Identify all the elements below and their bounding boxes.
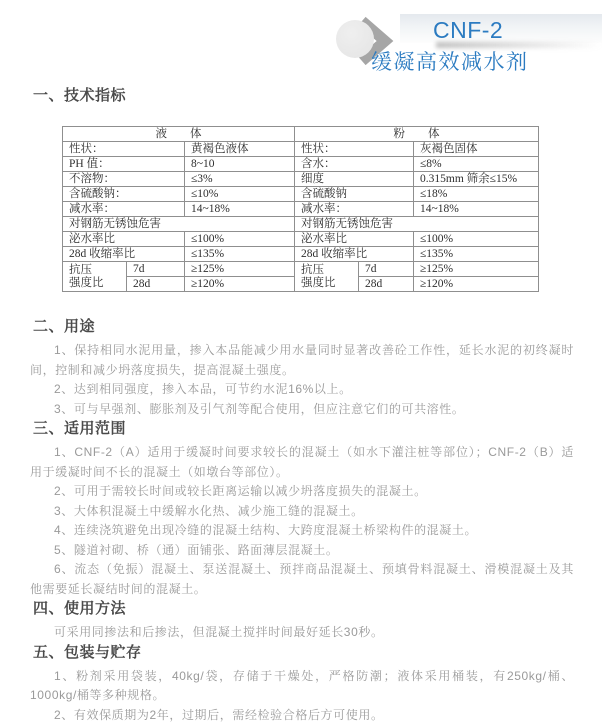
table-row: 泌水率比 ≤100% 泌水率比 ≤100% (63, 232, 539, 247)
table-note-row: 对钢筋无锈蚀危害 对钢筋无锈蚀危害 (63, 217, 539, 232)
spec-value: ≤3% (185, 172, 295, 187)
spec-value: ≤135% (414, 247, 539, 262)
table-row: 抗压 强度比 7d ≥125% 抗压 强度比 7d ≥125% (63, 262, 539, 277)
spec-label: 细度 (295, 172, 414, 187)
table-row: 减水率： 14~18% 减水率： 14~18% (63, 202, 539, 217)
table-row: 含硫酸钠： ≤10% 含硫酸钠 ≤18% (63, 187, 539, 202)
spec-label: 减水率： (295, 202, 414, 217)
spec-value: ≥120% (414, 277, 539, 292)
age-label: 28d (359, 277, 414, 292)
section-uses: 二、用途 1、保持相同水泥用量，掺入本品能减少用水量同时显著改善砼工作性，延长水… (0, 317, 602, 419)
section-title-usage-method: 四、使用方法 (33, 599, 602, 619)
spec-label: 28d 收缩率比 (63, 247, 185, 262)
spec-value: ≤10% (185, 187, 295, 202)
circle-icon (336, 20, 374, 58)
table-row: 28d 收缩率比 ≤135% 28d 收缩率比 ≤135% (63, 247, 539, 262)
spec-value: ≥125% (185, 262, 295, 277)
strength-label-line1: 抗压 (69, 264, 124, 277)
corrosion-note-liquid: 对钢筋无锈蚀危害 (63, 217, 295, 232)
spec-label: 性状： (295, 142, 414, 157)
strength-ratio-label-powder: 抗压 强度比 (295, 262, 359, 292)
paragraph: 3、大体积混凝土中缓解水化热、减少施工缝的混凝土。 (30, 502, 574, 522)
spec-label: 泌水率比 (295, 232, 414, 247)
strength-label-line2: 强度比 (69, 277, 124, 290)
paragraph: 5、隧道衬砌、桥（通）面铺张、路面薄层混凝土。 (30, 541, 574, 561)
spec-value: ≥120% (185, 277, 295, 292)
paragraph: 3、可与早强剂、膨胀剂及引气剂等配合使用，但应注意它们的可共溶性。 (30, 400, 574, 420)
age-label: 28d (127, 277, 185, 292)
corrosion-note-powder: 对钢筋无锈蚀危害 (295, 217, 539, 232)
section-title-packaging-storage: 五、包装与贮存 (33, 643, 602, 663)
table-row: 不溶物： ≤3% 细度 0.315mm 筛余≤15% (63, 172, 539, 187)
strength-label-line1: 抗压 (301, 264, 356, 277)
spec-value: 8~10 (185, 157, 295, 172)
spec-value: 14~18% (185, 202, 295, 217)
spec-value: 0.315mm 筛余≤15% (414, 172, 539, 187)
paragraph: 可采用同掺法和后掺法，但混凝土搅拌时间最好延长30秒。 (30, 623, 574, 643)
age-label: 7d (127, 262, 185, 277)
spec-label: 含硫酸钠 (295, 187, 414, 202)
spec-value: ≤18% (414, 187, 539, 202)
paragraph: 2、达到相同强度，掺入本品，可节约水泥16%以上。 (30, 380, 574, 400)
spec-label: 含硫酸钠： (63, 187, 185, 202)
paragraph: 2、有效保质期为2年，过期后，需经检验合格后方可使用。 (30, 706, 574, 722)
section-usage-method: 四、使用方法 可采用同掺法和后掺法，但混凝土搅拌时间最好延长30秒。 (0, 599, 602, 643)
table-row: 性状： 黄褐色液体 性状： 灰褐色固体 (63, 142, 539, 157)
paragraph: 2、可用于需较长时间或较长距离运输以减少坍落度损失的混凝土。 (30, 482, 574, 502)
spec-value: ≥125% (414, 262, 539, 277)
spec-value: ≤8% (414, 157, 539, 172)
spec-value: 14~18% (414, 202, 539, 217)
technical-spec-table: 液 体 粉 体 性状： 黄褐色液体 性状： 灰褐色固体 PH 值： 8~10 含… (62, 126, 539, 292)
paragraph: 6、流态（免振）混凝土、泵送混凝土、预拌商品混凝土、预填骨料混凝土、滑模混凝土及… (30, 560, 574, 599)
strength-ratio-label-liquid: 抗压 强度比 (63, 262, 127, 292)
spec-value: 灰褐色固体 (414, 142, 539, 157)
spec-label: 含水： (295, 157, 414, 172)
liquid-column-header: 液 体 (63, 127, 295, 142)
paragraph: 1、保持相同水泥用量，掺入本品能减少用水量同时显著改善砼工作性，延长水泥的初终凝… (30, 341, 574, 380)
spec-label: 泌水率比 (63, 232, 185, 247)
spec-label: 性状： (63, 142, 185, 157)
table-header-row: 液 体 粉 体 (63, 127, 539, 142)
spec-value: ≤100% (185, 232, 295, 247)
section-applicable-scope: 三、适用范围 1、CNF-2（A）适用于缓凝时间要求较长的混凝土（如水下灌注桩等… (0, 419, 602, 599)
spec-label: PH 值： (63, 157, 185, 172)
section-title-technical-indicators: 一、技术指标 (33, 86, 602, 106)
spec-label: 减水率： (63, 202, 185, 217)
section-title-applicable-scope: 三、适用范围 (33, 419, 602, 439)
page-header: CNF-2 缓凝高效减水剂 (0, 0, 602, 78)
paragraph: 1、CNF-2（A）适用于缓凝时间要求较长的混凝土（如水下灌注桩等部位）；CNF… (30, 443, 574, 482)
spec-label: 28d 收缩率比 (295, 247, 414, 262)
product-title: 缓凝高效减水剂 (371, 46, 529, 76)
table-row: PH 值： 8~10 含水： ≤8% (63, 157, 539, 172)
section-title-uses: 二、用途 (33, 317, 602, 337)
powder-column-header: 粉 体 (295, 127, 539, 142)
age-label: 7d (359, 262, 414, 277)
spec-value: ≤100% (414, 232, 539, 247)
spec-label: 不溶物： (63, 172, 185, 187)
product-code: CNF-2 (433, 17, 503, 44)
strength-label-line2: 强度比 (301, 277, 356, 290)
paragraph: 4、连续浇筑避免出现冷缝的混凝土结构、大跨度混凝土桥梁构件的混凝土。 (30, 521, 574, 541)
spec-value: 黄褐色液体 (185, 142, 295, 157)
section-packaging-storage: 五、包装与贮存 1、粉剂采用袋装，40kg/袋，存储于干燥处，严格防潮；液体采用… (0, 643, 602, 722)
spec-value: ≤135% (185, 247, 295, 262)
paragraph: 1、粉剂采用袋装，40kg/袋，存储于干燥处，严格防潮；液体采用桶装，有250k… (30, 667, 574, 706)
